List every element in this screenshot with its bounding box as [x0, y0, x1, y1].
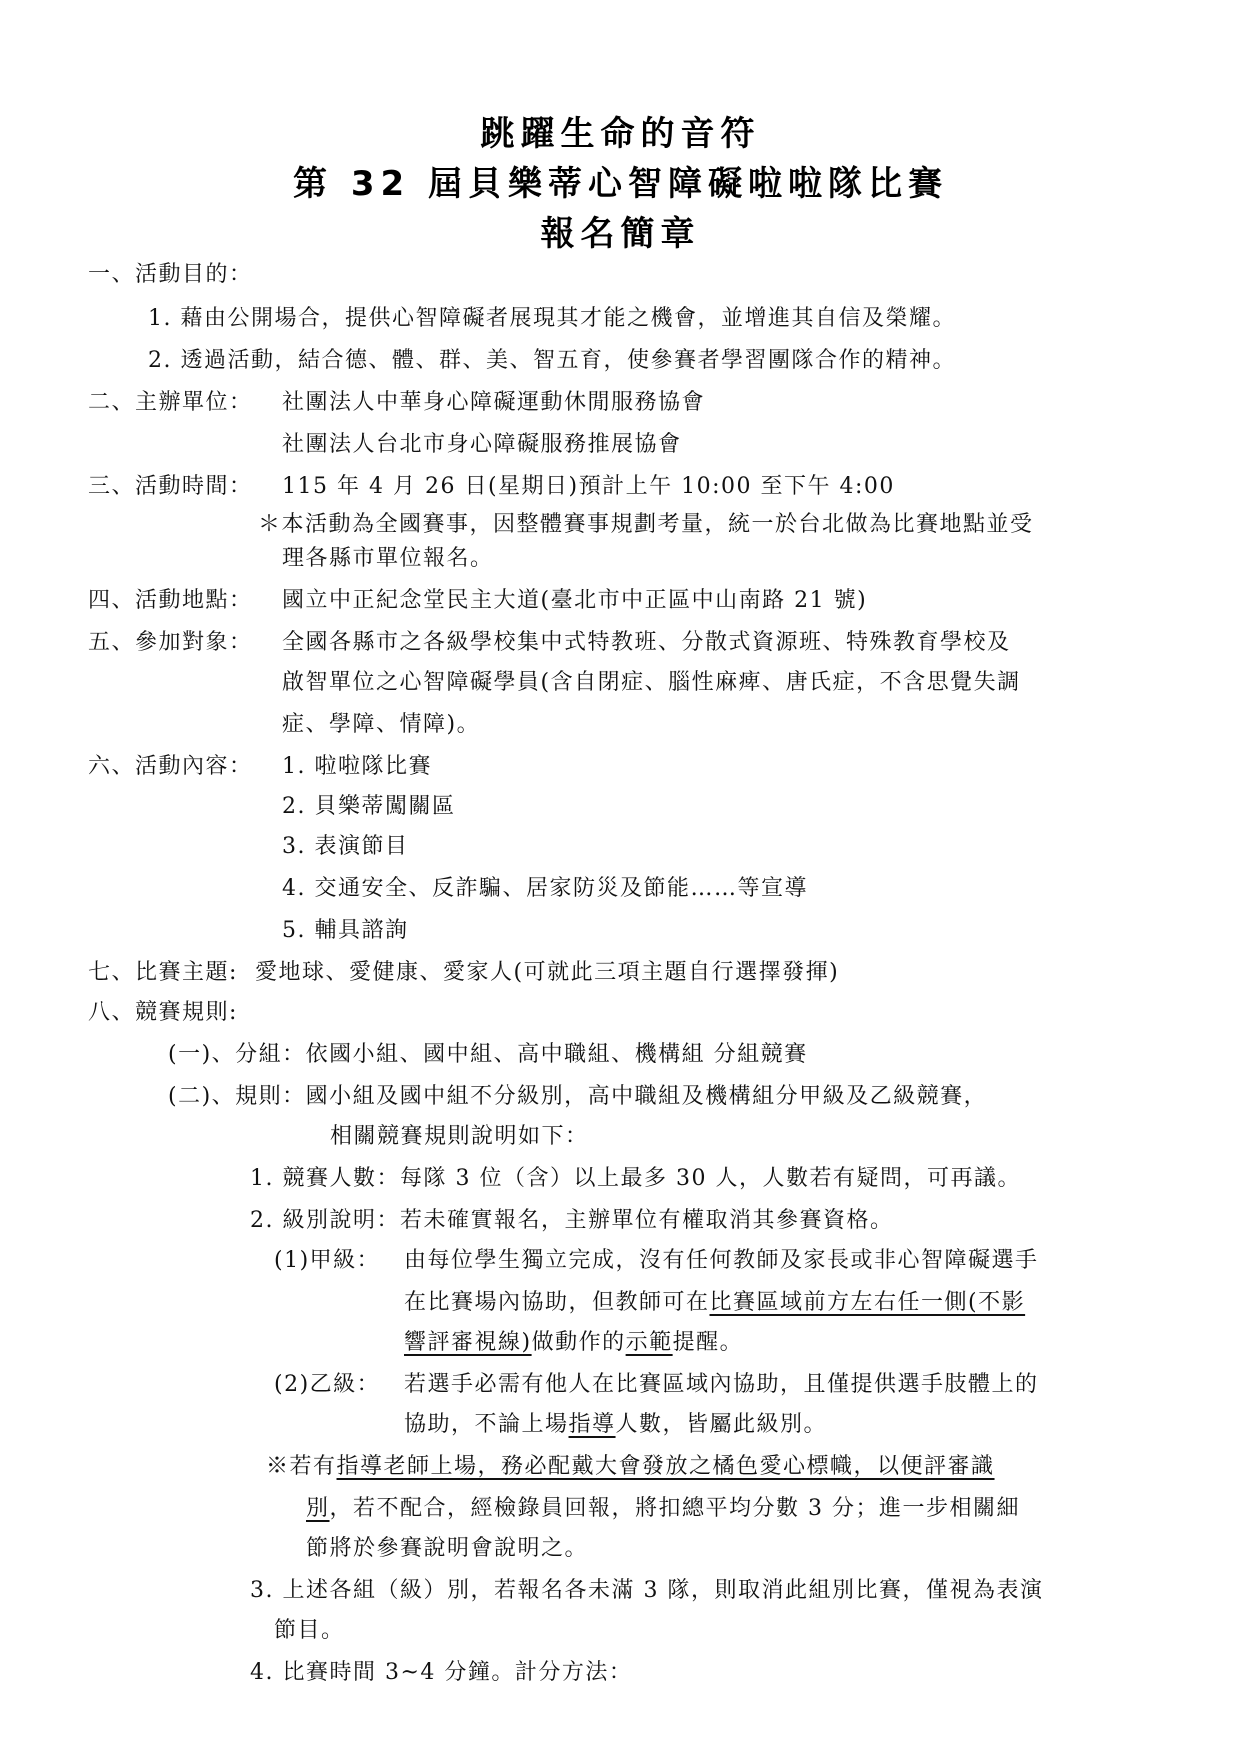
organizer-2: 社團法人台北市身心障礙服務推展協會	[282, 430, 682, 460]
section-3-heading: 三、活動時間：	[88, 472, 253, 502]
rule-min-teams-line-2: 節目。	[274, 1616, 345, 1646]
content-item-1: 1. 啦啦隊比賽	[282, 752, 432, 782]
class-b-line-1: 若選手必需有他人在比賽區域內協助，且僅提供選手肢體上的	[404, 1370, 1039, 1400]
rule-duration-scoring: 4. 比賽時間 3~4 分鐘。計分方法：	[250, 1658, 632, 1688]
participants-line-1: 全國各縣市之各級學校集中式特教班、分散式資源班、特殊教育學校及	[282, 628, 1011, 658]
competition-theme: 愛地球、愛健康、愛家人(可就此三項主題自行選擇發揮)	[255, 958, 839, 988]
class-a-label: (1)甲級：	[274, 1246, 380, 1276]
class-a-line-1: 由每位學生獨立完成，沒有任何教師及家長或非心智障礙選手	[404, 1246, 1039, 1276]
content-item-3: 3. 表演節目	[282, 832, 408, 862]
class-a-line-3-text: 做動作的	[532, 1330, 626, 1355]
section-2-heading: 二、主辦單位：	[88, 388, 253, 418]
rule-team-size: 1. 競賽人數：每隊 3 位（含）以上最多 30 人，人數若有疑問，可再議。	[250, 1164, 1021, 1194]
note-line-2-text: ，若不配合，經檢錄員回報，將扣總平均分數 3 分；進一步相關細	[330, 1496, 1021, 1521]
content-item-5: 5. 輔具諮詢	[282, 916, 408, 946]
class-b-label: (2)乙級：	[274, 1370, 380, 1400]
section-1-heading: 一、活動目的：	[88, 260, 253, 290]
coach-note-line-2: 別，若不配合，經檢錄員回報，將扣總平均分數 3 分；進一步相關細	[306, 1494, 1020, 1524]
document-title: 跳躍生命的音符	[0, 106, 1241, 155]
class-a-underlined-view: 響評審視線)	[404, 1330, 532, 1355]
coach-note-line-3: 節將於參賽說明會說明之。	[306, 1534, 588, 1564]
class-a-line-3: 響評審視線)做動作的示範提醒。	[404, 1328, 743, 1358]
class-b-line-2-text: 協助，不論上場	[404, 1412, 569, 1437]
section-5-heading: 五、參加對象：	[88, 628, 253, 658]
rule-grouping: (一)、分組：依國小組、國中組、高中職組、機構組 分組競賽	[168, 1040, 808, 1070]
class-a-line-2-text: 在比賽場內協助，但教師可在	[404, 1290, 710, 1315]
event-location: 國立中正紀念堂民主大道(臺北市中正區中山南路 21 號)	[282, 586, 867, 616]
section-6-heading: 六、活動內容：	[88, 752, 253, 782]
note-underlined-1: 指導老師上場，務必配戴大會發放之橘色愛心標幟，以便評審識	[337, 1454, 995, 1479]
section-7-heading: 七、比賽主題:	[88, 958, 238, 988]
class-a-line-3-end: 提醒。	[673, 1330, 744, 1355]
section-4-heading: 四、活動地點：	[88, 586, 253, 616]
class-a-line-2: 在比賽場內協助，但教師可在比賽區域前方左右任一側(不影	[404, 1288, 1025, 1318]
section-8-heading: 八、競賽規則:	[88, 998, 238, 1028]
participants-line-2: 啟智單位之心智障礙學員(含自閉症、腦性麻痺、唐氏症，不含思覺失調	[282, 668, 1021, 698]
event-time-note-1: ＊本活動為全國賽事，因整體賽事規劃考量，統一於台北做為比賽地點並受	[258, 510, 1034, 540]
rule-classes-line-1: (二)、規則：國小組及國中組不分級別，高中職組及機構組分甲級及乙級競賽，	[168, 1082, 987, 1112]
class-b-line-2-end: 人數，皆屬此級別。	[616, 1412, 828, 1437]
content-item-2: 2. 貝樂蒂闖關區	[282, 792, 455, 822]
rule-class-description: 2. 級別說明：若未確實報名，主辦單位有權取消其參賽資格。	[250, 1206, 894, 1236]
rule-min-teams-line-1: 3. 上述各組（級）別，若報名各未滿 3 隊，則取消此組別比賽，僅視為表演	[250, 1576, 1043, 1606]
document-heading: 報名簡章	[0, 206, 1241, 255]
participants-line-3: 症、學障、情障)。	[282, 710, 480, 740]
class-b-underlined-guide: 指導	[569, 1412, 616, 1437]
rule-classes-line-2: 相關競賽規則說明如下：	[330, 1122, 589, 1152]
class-a-underlined-area: 比賽區域前方左右任一側(不影	[710, 1290, 1026, 1315]
note-mark: ※若有	[266, 1454, 337, 1479]
content-item-4: 4. 交通安全、反詐騙、居家防災及節能……等宣導	[282, 874, 808, 904]
purpose-item-1: 1. 藉由公開場合，提供心智障礙者展現其才能之機會，並增進其自信及榮耀。	[148, 304, 956, 334]
event-time: 115 年 4 月 26 日(星期日)預計上午 10:00 至下午 4:00	[282, 472, 895, 502]
document-subtitle: 第 32 屆貝樂蒂心智障礙啦啦隊比賽	[0, 156, 1241, 205]
class-a-underlined-demo: 示範	[626, 1330, 673, 1355]
note-underlined-2: 別	[306, 1496, 330, 1521]
event-time-note-2: 理各縣市單位報名。	[282, 544, 494, 574]
organizer-1: 社團法人中華身心障礙運動休閒服務協會	[282, 388, 705, 418]
coach-note-line-1: ※若有指導老師上場，務必配戴大會發放之橘色愛心標幟，以便評審識	[266, 1452, 995, 1482]
purpose-item-2: 2. 透過活動，結合德、體、群、美、智五育，使參賽者學習團隊合作的精神。	[148, 346, 956, 376]
class-b-line-2: 協助，不論上場指導人數，皆屬此級別。	[404, 1410, 827, 1440]
